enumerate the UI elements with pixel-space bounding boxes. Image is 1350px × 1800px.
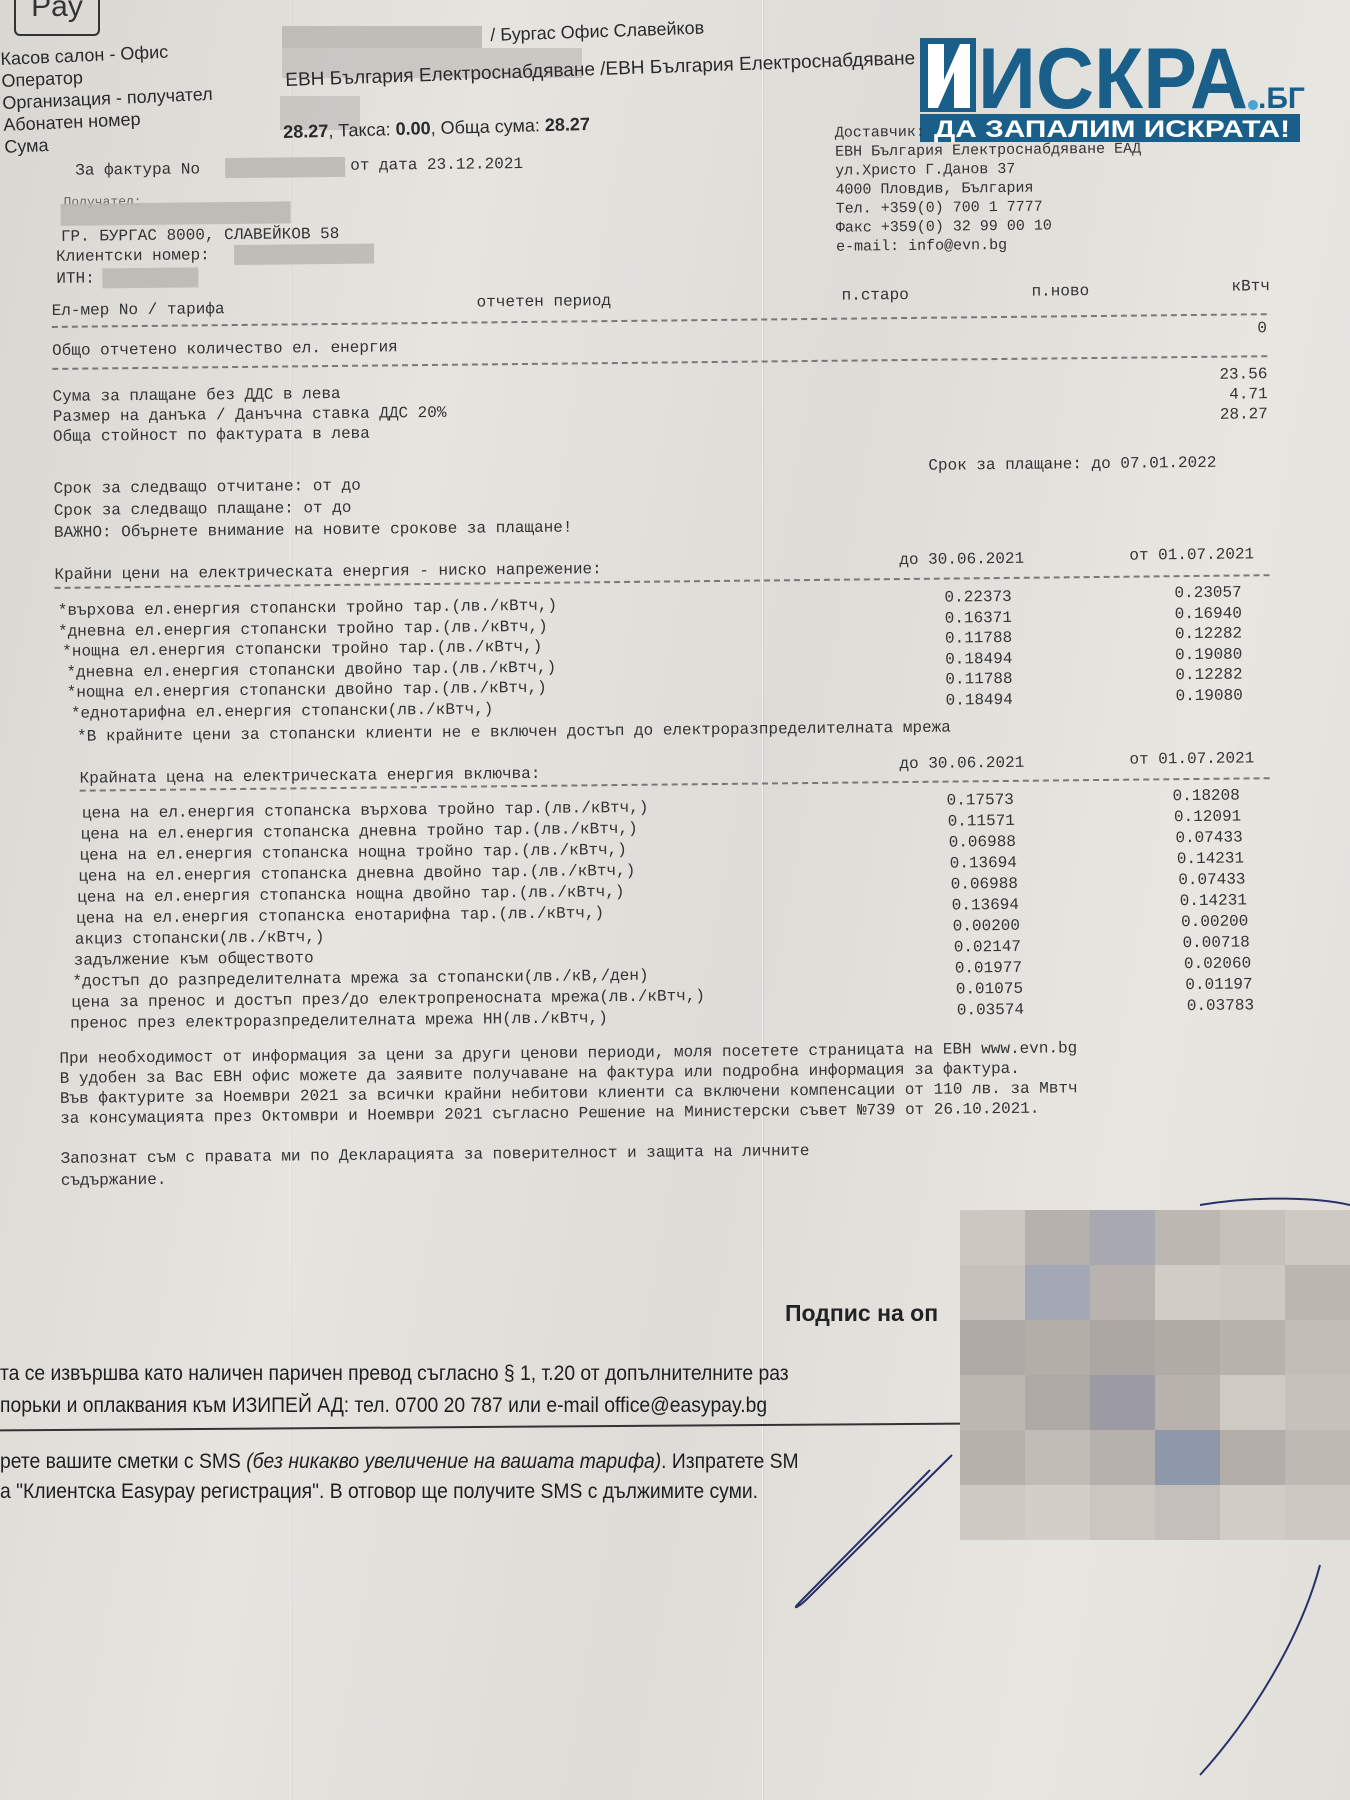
date-label: от дата — [350, 156, 417, 175]
invoice-number-label: За фактура No — [75, 160, 200, 179]
final-price-label: *дневна ел.енергия стопански двойно тар.… — [66, 658, 556, 681]
next-reading: Срок за следващо отчитане: от до — [53, 477, 360, 498]
final-price-label: *нощна ел.енергия стопански двойно тар.(… — [67, 679, 547, 702]
redacted-area — [282, 26, 482, 48]
meter-header-kwh: кВтч — [1231, 277, 1270, 295]
component-new: 0.07433 — [1123, 828, 1243, 847]
component-new: 0.14231 — [1127, 891, 1247, 910]
invoice-date: от дата 23.12.2021 — [350, 155, 523, 175]
supplier-name: ЕВН България Електроснабдяване ЕАД — [835, 140, 1141, 162]
redacted-area — [102, 267, 198, 288]
fee-value: 0.00 — [395, 118, 431, 139]
component-old: 0.02147 — [901, 938, 1021, 957]
final-price-new: 0.19080 — [1122, 645, 1242, 664]
final-price-new: 0.23057 — [1122, 583, 1242, 602]
footer-divider — [0, 1423, 960, 1432]
component-old: 0.13694 — [897, 854, 1017, 873]
meter-header-tariff: Ел-мер No / тарифа — [52, 300, 225, 320]
component-label: цена на ел.енергия стопанска нощна двойн… — [77, 883, 624, 907]
component-label: цена на ел.енергия стопанска нощна тройн… — [79, 841, 626, 865]
meter-header-new: п.ново — [1031, 282, 1089, 301]
components-title: Крайната цена на електрическата енергия … — [79, 765, 540, 788]
final-price-old: 0.22373 — [892, 588, 1012, 607]
final-price-label: *върхова ел.енергия стопански тройно тар… — [58, 597, 557, 620]
important-notice: ВАЖНО: Обърнете внимание на новите сроко… — [54, 518, 573, 541]
divider — [52, 313, 1267, 328]
itn-label: ИТН: — [56, 269, 95, 287]
component-new: 0.12091 — [1121, 808, 1241, 827]
redacted-area — [61, 201, 291, 225]
final-price-old: 0.16371 — [892, 608, 1012, 627]
total-value: 28.27 — [545, 114, 591, 135]
components-col1: до 30.06.2021 — [899, 754, 1024, 773]
component-old: 0.03574 — [904, 1001, 1024, 1020]
redacted-stamp — [960, 1210, 1350, 1540]
supplier-block: Доставчик: ЕВН България Електроснабдяван… — [835, 121, 1142, 257]
component-new: 0.07433 — [1125, 870, 1245, 889]
final-price-label: *еднотарифна ел.енергия стопански(лв./кВ… — [71, 700, 494, 722]
sms-text: рете вашите сметки с SMS — [0, 1450, 246, 1473]
component-new: 0.01197 — [1133, 975, 1253, 994]
meter-total-label: Общо отчетено количество ел. енергия — [52, 338, 398, 360]
supplier-email[interactable]: e-mail: info@evn.bg — [836, 235, 1142, 257]
final-price-label: *нощна ел.енергия стопански тройно тар.(… — [62, 638, 542, 661]
component-old: 0.01075 — [903, 980, 1023, 999]
final-price-new: 0.19080 — [1123, 686, 1243, 705]
payment-deadline: Срок за плащане: до 07.01.2022 — [928, 454, 1216, 475]
component-old: 0.17573 — [894, 791, 1014, 810]
sum-label: Обща стойност по фактурата в лева — [53, 425, 370, 446]
final-price-old: 0.11788 — [892, 629, 1012, 648]
meter-header-old: п.старо — [841, 286, 908, 305]
privacy-line: съдържание. — [61, 1171, 167, 1190]
component-old: 0.01977 — [902, 959, 1022, 978]
date-value: 23.12.2021 — [427, 155, 523, 174]
final-price-label: *дневна ел.енергия стопански тройно тар.… — [58, 617, 548, 640]
final-prices-note: *В крайните цени за стопански клиенти не… — [77, 719, 951, 746]
client-number-label: Клиентски номер: — [56, 246, 210, 266]
recipient-address: ГР. БУРГАС 8000, СЛАВЕЙКОВ 58 — [61, 225, 340, 246]
amount-value: 28.27 — [283, 121, 329, 142]
component-label: цена на ел.енергия стопанска дневна трой… — [81, 820, 638, 844]
sum-value: 23.56 — [1147, 365, 1267, 384]
meter-total-value: 0 — [1147, 319, 1267, 338]
sum-label: Размер на данъка / Данъчна ставка ДДС 20… — [53, 404, 447, 426]
final-price-old: 0.18494 — [892, 649, 1012, 668]
paper-fold — [762, 0, 763, 1800]
component-label: акциз стопански(лв./кВтч,) — [75, 928, 325, 949]
component-label: *достъп до разпределителната мрежа за ст… — [72, 967, 648, 991]
final-price-old: 0.11788 — [893, 670, 1013, 689]
component-new: 0.00718 — [1130, 933, 1250, 952]
final-price-new: 0.16940 — [1122, 604, 1242, 623]
sms-line-2: а "Клиентска Easypay регистрация". В отг… — [0, 1480, 758, 1504]
final-price-new: 0.12282 — [1122, 624, 1242, 643]
component-new: 0.00200 — [1128, 912, 1248, 931]
redacted-area — [225, 157, 345, 178]
final-price-new: 0.12282 — [1122, 665, 1242, 684]
components-col2: от 01.07.2021 — [1129, 749, 1254, 768]
component-label: цена за пренос и достъп през/до електроп… — [71, 987, 705, 1012]
final-prices-col2: от 01.07.2021 — [1129, 545, 1254, 564]
sms-italic-text: (без никакво увеличение на вашата тарифа… — [246, 1450, 661, 1473]
component-old: 0.13694 — [899, 896, 1019, 915]
final-prices-col1: до 30.06.2021 — [899, 550, 1024, 569]
component-new: 0.14231 — [1124, 849, 1244, 868]
privacy-line: Запознат съм с правата ми по Декларацият… — [60, 1142, 809, 1168]
final-prices-title: Крайни цени на електрическата енергия - … — [54, 560, 601, 584]
component-old: 0.00200 — [900, 917, 1020, 936]
component-new: 0.18208 — [1120, 787, 1240, 806]
receipt-field-labels: Касов салон - Офис Оператор Организация … — [0, 39, 215, 158]
component-old: 0.11571 — [895, 812, 1015, 831]
brand-suffix: .БГ — [1258, 82, 1305, 115]
next-payment: Срок за следващо плащане: от до — [54, 499, 352, 520]
component-old: 0.06988 — [896, 833, 1016, 852]
component-label: цена на ел.енергия стопанска върхова тро… — [82, 799, 649, 823]
component-label: пренос през електроразпределителната мре… — [70, 1009, 608, 1033]
brand-text: ИСКРА — [978, 38, 1248, 127]
component-label: цена на ел.енергия стопанска дневна двой… — [78, 862, 635, 886]
component-new: 0.02060 — [1131, 954, 1251, 973]
easypay-logo: Pay — [14, 0, 100, 36]
operator-signature-label: Подпис на оп — [785, 1300, 938, 1327]
final-price-old: 0.18494 — [893, 690, 1013, 709]
sum-value: 28.27 — [1148, 405, 1268, 424]
component-label: задължение към обществото — [74, 949, 314, 970]
footer-line-2: порьки и оплаквания към ИЗИПЕЙ АД: тел. … — [0, 1394, 767, 1418]
sum-label: Сума за плащане без ДДС в лева — [52, 385, 340, 406]
sum-value: 4.71 — [1148, 385, 1268, 404]
component-old: 0.06988 — [898, 875, 1018, 894]
fee-label: , Такса: — [328, 119, 396, 141]
invoice-document: За фактура No от дата 23.12.2021 Получат… — [45, 137, 1275, 150]
footer-line-1: та се извършва като наличен паричен прев… — [0, 1362, 789, 1386]
meter-header-period: отчетен период — [477, 292, 612, 311]
redacted-area — [234, 244, 374, 265]
receipt-office: / Бургас Офис Славейков — [490, 18, 704, 46]
component-label: цена на ел.енергия стопанска енотарифна … — [76, 904, 604, 928]
sms-line-1: рете вашите сметки с SMS (без никакво ув… — [0, 1450, 799, 1474]
sms-text-end: . Изпратете SM — [661, 1450, 798, 1473]
total-label: , Обща сума: — [430, 115, 545, 138]
component-new: 0.03783 — [1134, 996, 1254, 1015]
